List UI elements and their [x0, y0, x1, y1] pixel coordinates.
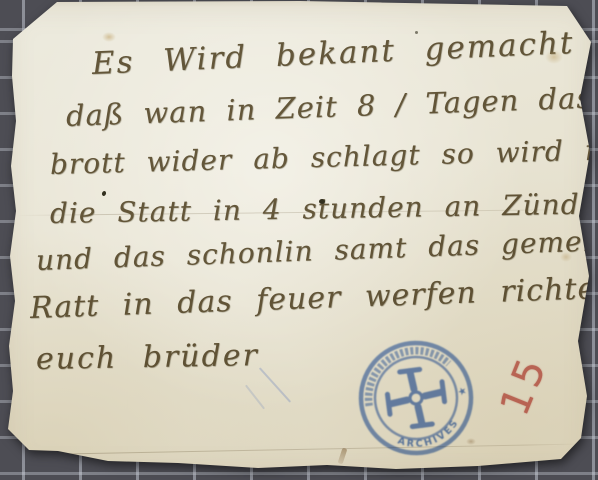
- stain-spot: [102, 32, 116, 42]
- blue-smudge: [245, 385, 265, 410]
- handwriting-line: daß wan in Zeit 8 / Tagen das: [65, 81, 592, 133]
- stain-spot: [545, 50, 563, 64]
- stain-spot: [338, 448, 348, 465]
- handwriting-line: und das schonlin samt das gemeine —: [35, 222, 598, 277]
- handwriting-line: Es Wird bekant gemacht: [91, 25, 575, 82]
- ink-speck: [319, 199, 325, 204]
- archive-stamp: ARCHIVES ★: [335, 317, 497, 479]
- red-number-annotation: 15: [492, 348, 557, 422]
- handwriting-line: die Statt in 4 stunden an Zünden ,: [50, 187, 598, 230]
- photo-scene: Es Wird bekant gemacht daß wan in Zeit 8…: [0, 0, 598, 480]
- blue-smudge: [259, 367, 291, 403]
- handwriting-line: Ratt in das feuer werfen richtet ·: [29, 270, 598, 326]
- handwriting-line: brott wider ab schlagt so wird man: [50, 132, 598, 181]
- crease-line: [10, 444, 582, 456]
- stamp-outer-ring: [342, 324, 491, 473]
- document-paper: Es Wird bekant gemacht daß wan in Zeit 8…: [0, 0, 598, 480]
- paper-shadow: Es Wird bekant gemacht daß wan in Zeit 8…: [0, 0, 598, 480]
- ink-speck: [415, 31, 418, 34]
- stain-spot: [560, 252, 572, 262]
- handwriting-line: euch brüder: [36, 338, 259, 377]
- stain-spot: [466, 438, 476, 445]
